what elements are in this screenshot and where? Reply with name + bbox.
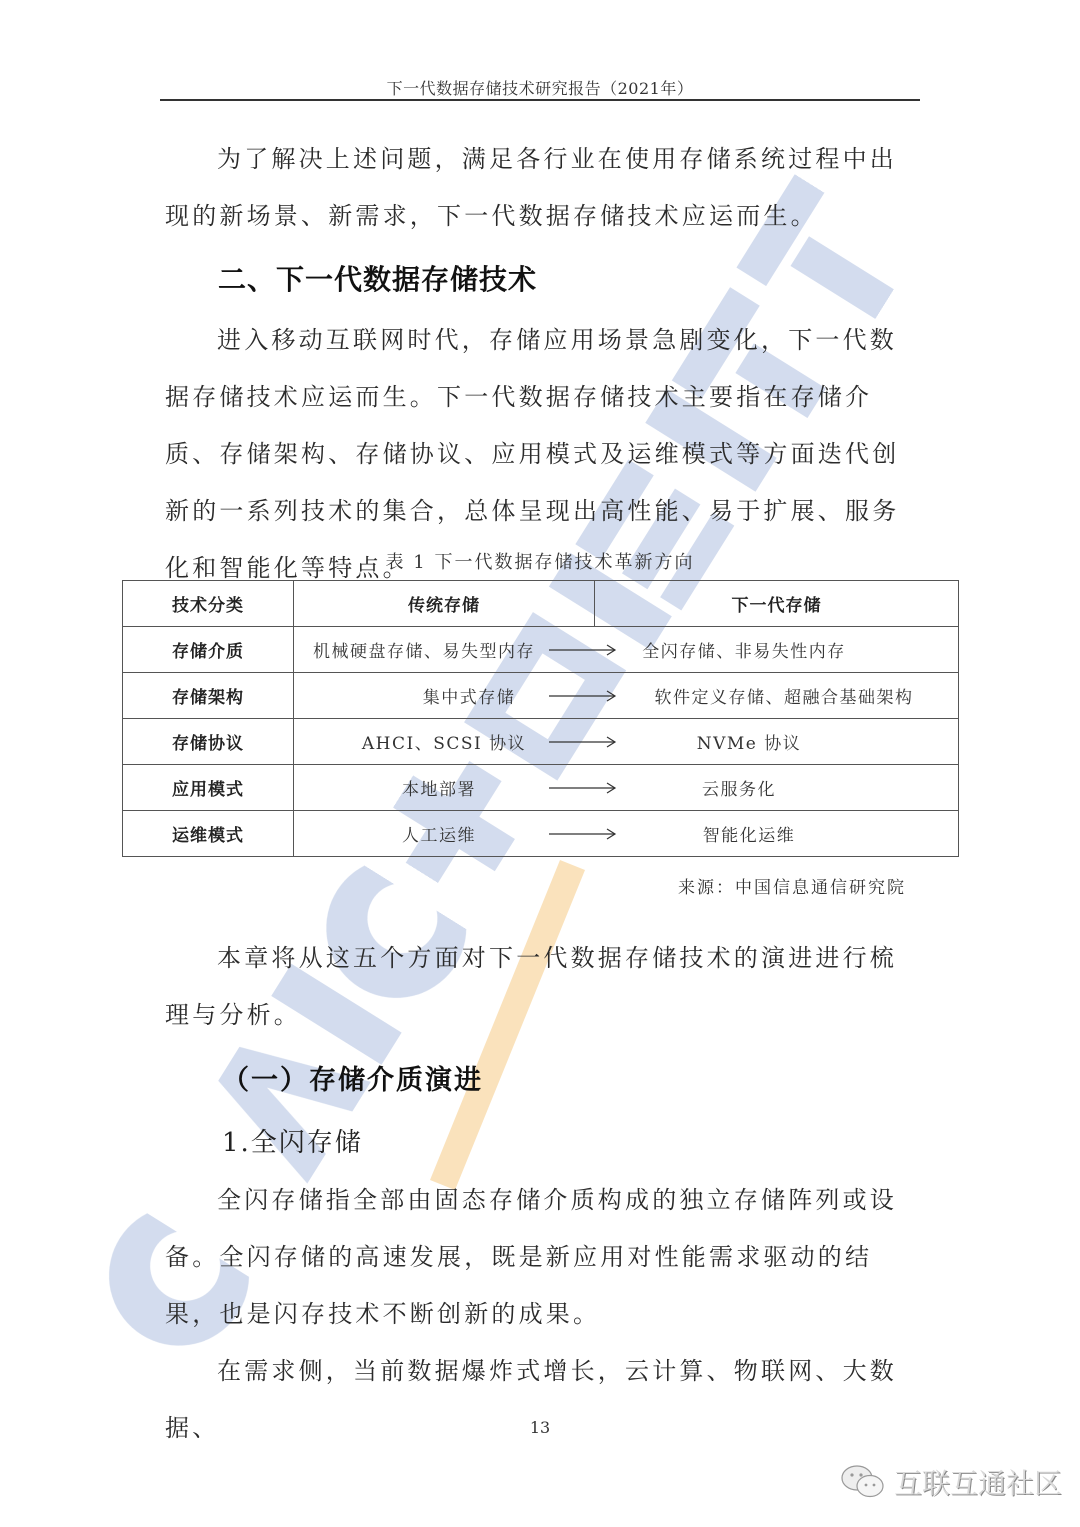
arrow-right-icon — [549, 782, 617, 794]
row-traditional: 本地部署 — [364, 775, 514, 800]
brand-name: 互联互通社区 — [894, 1462, 1062, 1502]
header-traditional: 传统存储 — [294, 581, 595, 627]
running-header: 下一代数据存储技术研究报告（2021年） — [160, 76, 920, 99]
table-header-row: 技术分类 传统存储 下一代存储 — [123, 581, 959, 627]
row-category: 运维模式 — [123, 811, 294, 857]
row-next: 智能化运维 — [674, 821, 824, 846]
row-category: 应用模式 — [123, 765, 294, 811]
row-category: 存储介质 — [123, 627, 294, 673]
innovation-table: 技术分类 传统存储 下一代存储 存储介质 机械硬盘存储、易失型内存 全闪存储、非… — [122, 580, 959, 857]
arrow-right-icon — [549, 828, 617, 840]
row-traditional: 人工运维 — [364, 821, 514, 846]
row-traditional: 集中式存储 — [394, 683, 544, 708]
table-row: 应用模式 本地部署 云服务化 — [123, 765, 959, 811]
arrow-right-icon — [549, 690, 617, 702]
row-traditional: AHCI、SCSI 协议 — [344, 729, 544, 754]
paragraph-intro: 为了解决上述问题，满足各行业在使用存储系统过程中出现的新场景、新需求，下一代数据… — [165, 131, 905, 245]
section-heading: 二、下一代数据存储技术 — [218, 258, 537, 298]
arrow-right-icon — [549, 736, 617, 748]
paragraph-demand-side: 在需求侧，当前数据爆炸式增长，云计算、物联网、大数据、 — [165, 1343, 905, 1457]
table-row: 运维模式 人工运维 智能化运维 — [123, 811, 959, 857]
table-row: 存储架构 集中式存储 软件定义存储、超融合基础架构 — [123, 673, 959, 719]
arrow-right-icon — [549, 644, 617, 656]
table-source: 来源：中国信息通信研究院 — [678, 873, 906, 898]
wechat-icon — [840, 1463, 886, 1501]
page-number: 13 — [0, 1418, 1080, 1437]
row-category: 存储协议 — [123, 719, 294, 765]
header-next: 下一代存储 — [595, 581, 959, 627]
table-row: 存储介质 机械硬盘存储、易失型内存 全闪存储、非易失性内存 — [123, 627, 959, 673]
row-next: 软件定义存储、超融合基础架构 — [644, 683, 924, 708]
row-next: 云服务化 — [674, 775, 804, 800]
table-caption: 表 1 下一代数据存储技术革新方向 — [122, 548, 958, 574]
brand-watermark: 互联互通社区 — [840, 1462, 1062, 1502]
header-category: 技术分类 — [123, 581, 294, 627]
row-next: 全闪存储、非易失性内存 — [639, 637, 849, 662]
row-traditional: 机械硬盘存储、易失型内存 — [304, 637, 544, 662]
paragraph-all-flash: 全闪存储指全部由固态存储介质构成的独立存储阵列或设备。全闪存储的高速发展，既是新… — [165, 1172, 905, 1343]
row-category: 存储架构 — [123, 673, 294, 719]
paragraph-chapter-scope: 本章将从这五个方面对下一代数据存储技术的演进进行梳理与分析。 — [165, 930, 905, 1044]
header-rule — [160, 99, 920, 101]
subsection-heading: （一）存储介质演进 — [222, 1058, 483, 1097]
table-row: 存储协议 AHCI、SCSI 协议 NVMe 协议 — [123, 719, 959, 765]
item-heading: 1.全闪存储 — [222, 1122, 363, 1159]
row-next: NVMe 协议 — [674, 729, 824, 754]
